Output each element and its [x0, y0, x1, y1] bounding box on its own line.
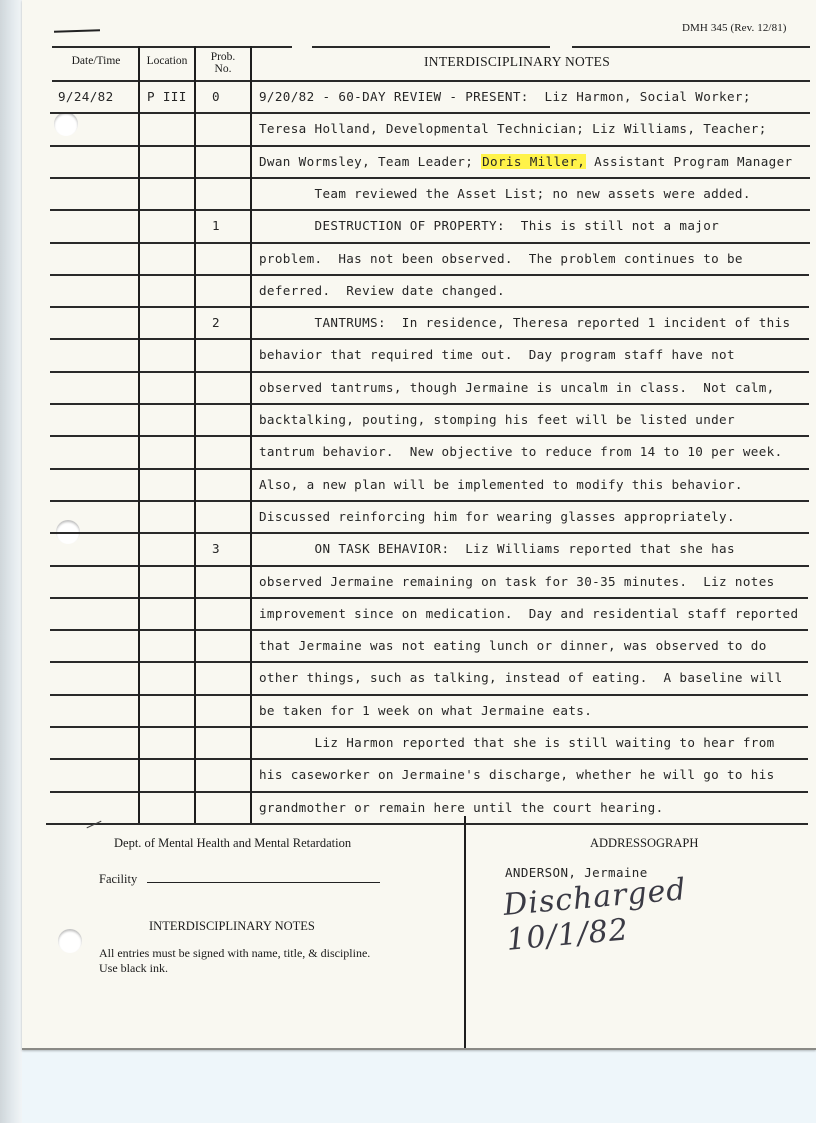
note-line: Liz Harmon reported that she is still wa… — [259, 735, 775, 750]
facility-field[interactable] — [147, 882, 380, 883]
problem-number: 1 — [212, 218, 220, 233]
row-rule — [50, 694, 808, 696]
row-rule — [50, 435, 809, 437]
table-top-rule — [52, 46, 292, 48]
note-line: Also, a new plan will be implemented to … — [259, 477, 743, 492]
footer-title: INTERDISCIPLINARY NOTES — [149, 919, 315, 934]
note-line: grandmother or remain here until the cou… — [259, 800, 664, 815]
instructions-line2: Use black ink. — [99, 961, 168, 976]
row-rule — [50, 306, 809, 308]
row-rule — [50, 791, 808, 793]
note-line: deferred. Review date changed. — [259, 283, 505, 298]
punch-hole-icon — [54, 112, 78, 136]
row-rule — [50, 177, 810, 179]
note-line: Discussed reinforcing him for wearing gl… — [259, 509, 735, 524]
row-rule — [50, 758, 808, 760]
note-line: backtalking, pouting, stomping his feet … — [259, 412, 735, 427]
row-rule — [50, 403, 809, 405]
facility-label: Facility — [99, 872, 137, 887]
department-label: Dept. of Mental Health and Mental Retard… — [114, 836, 351, 851]
row-rule — [50, 145, 810, 147]
note-line: his caseworker on Jermaine's discharge, … — [259, 767, 775, 782]
note-line: DESTRUCTION OF PROPERTY: This is still n… — [259, 218, 719, 233]
note-line: be taken for 1 week on what Jermaine eat… — [259, 703, 592, 718]
note-line: behavior that required time out. Day pro… — [259, 347, 735, 362]
row-rule — [50, 532, 809, 534]
note-line: tantrum behavior. New objective to reduc… — [259, 444, 783, 459]
row-rule — [50, 338, 809, 340]
row-rule — [50, 468, 809, 470]
note-line: improvement since on medication. Day and… — [259, 606, 798, 621]
note-line: other things, such as talking, instead o… — [259, 670, 783, 685]
problem-number: 3 — [212, 541, 220, 556]
header-date-time: Date/Time — [52, 55, 140, 67]
scanner-margin — [0, 0, 22, 1123]
note-line: problem. Has not been observed. The prob… — [259, 251, 743, 266]
entry-date: 9/24/82 — [58, 89, 114, 104]
highlighted-name: Doris Miller, — [481, 154, 586, 169]
note-line: ON TASK BEHAVIOR: Liz Williams reported … — [259, 541, 735, 556]
column-divider-location — [194, 46, 196, 823]
note-line: Dwan Wormsley, Team Leader; Doris Miller… — [259, 154, 792, 169]
note-line: Team reviewed the Asset List; no new ass… — [259, 186, 751, 201]
table-top-rule — [572, 46, 810, 48]
row-rule — [50, 209, 810, 211]
row-rule — [50, 371, 809, 373]
row-rule — [50, 565, 809, 567]
header-location: Location — [140, 55, 194, 67]
row-rule — [46, 823, 808, 825]
note-line: observed Jermaine remaining on task for … — [259, 574, 775, 589]
instructions-line1: All entries must be signed with name, ti… — [99, 946, 370, 961]
note-line: TANTRUMS: In residence, Theresa reported… — [259, 315, 790, 330]
note-line: observed tantrums, though Jermaine is un… — [259, 380, 775, 395]
header-prob-line2: No. — [196, 63, 250, 75]
problem-number: 2 — [212, 315, 220, 330]
column-divider-date — [138, 46, 140, 823]
row-rule — [50, 500, 809, 502]
row-rule — [50, 242, 810, 244]
column-divider-prob — [250, 46, 252, 823]
form-id: DMH 345 (Rev. 12/81) — [682, 22, 787, 34]
note-text: Dwan Wormsley, Team Leader; — [259, 154, 481, 169]
row-rule — [50, 726, 808, 728]
note-line: Teresa Holland, Developmental Technician… — [259, 121, 767, 136]
addressograph-label: ADDRESSOGRAPH — [590, 836, 698, 851]
header-prob-no: Prob. No. — [196, 51, 250, 75]
entry-location: P III — [147, 89, 187, 104]
row-rule — [50, 597, 808, 599]
header-prob-line1: Prob. — [196, 51, 250, 63]
note-line: that Jermaine was not eating lunch or di… — [259, 638, 767, 653]
problem-number: 0 — [212, 89, 220, 104]
header-notes: INTERDISCIPLINARY NOTES — [252, 56, 782, 68]
header-bottom-rule — [52, 80, 810, 82]
row-rule — [50, 629, 808, 631]
punch-hole-icon — [58, 929, 82, 953]
note-text: Assistant Program Manager — [586, 154, 792, 169]
row-rule — [50, 274, 809, 276]
row-rule — [50, 661, 808, 663]
note-line: 9/20/82 - 60-DAY REVIEW - PRESENT: Liz H… — [259, 89, 751, 104]
table-top-rule — [312, 46, 550, 48]
row-rule — [50, 112, 810, 114]
footer-divider — [464, 816, 466, 1048]
